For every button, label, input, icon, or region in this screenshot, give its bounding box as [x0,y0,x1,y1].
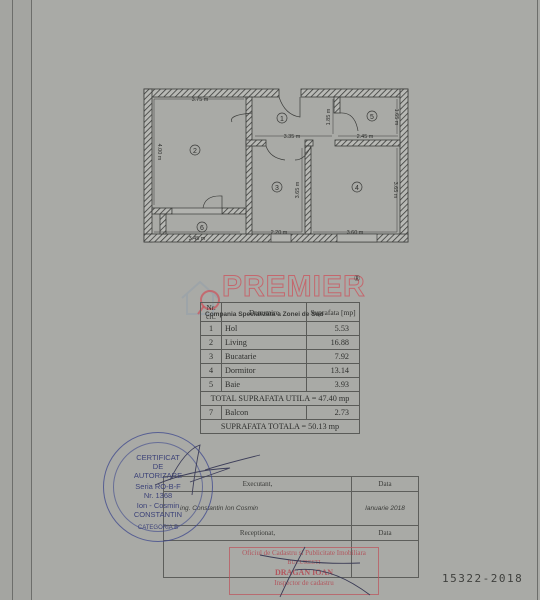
svg-text:3: 3 [275,185,279,192]
svg-text:3.65 m: 3.65 m [295,181,301,198]
table-row: 3 Bucatarie 7.92 [201,350,360,364]
svg-text:2.45 m: 2.45 m [357,134,374,140]
area-table: Nr. crt. Denumire Suprafata [mp] 1 Hol 5… [200,302,360,434]
svg-text:3.60 m: 3.60 m [347,230,364,236]
floor-plan: 1 2 3 4 5 6 3.75 m 4.00 m 3.35 m 1.85 m … [0,0,540,260]
svg-text:2: 2 [193,148,197,155]
registered-mark: ® [354,274,360,283]
brand-name: PREMIER [222,270,366,304]
table-row: 2 Living 16.88 [201,336,360,350]
received-date-label: Data [352,526,419,541]
svg-text:1.85 m: 1.85 m [326,108,332,125]
walls [144,89,408,242]
svg-text:3.35 m: 3.35 m [284,134,301,140]
watermark-tagline: Compania Specializata a Zonei de Sud [205,311,323,318]
svg-text:3.75 m: 3.75 m [192,97,209,103]
inspector-signature [250,545,390,600]
svg-text:6: 6 [200,225,204,232]
svg-text:3.45 m: 3.45 m [189,236,206,242]
table-row: 4 Dormitor 13.14 [201,364,360,378]
balcony-row: 7 Balcon 2.73 [201,406,360,420]
executor-signature [150,440,270,500]
svg-text:1.65 m: 1.65 m [393,109,399,126]
svg-text:2.20 m: 2.20 m [271,230,288,236]
total-row: SUPRAFATA TOTALA = 50.13 mp [201,420,360,434]
svg-text:4.00 m: 4.00 m [156,144,162,161]
table-row: 1 Hol 5.53 [201,322,360,336]
svg-text:4: 4 [355,185,359,192]
table-row: 5 Baie 3.93 [201,378,360,392]
executed-date: Ianuarie 2018 [352,492,419,526]
document-number: 15322-2018 [442,572,523,585]
svg-text:1: 1 [280,116,284,123]
svg-text:3.65 m: 3.65 m [392,182,398,199]
total-useful-row: TOTAL SUPRAFATA UTILA = 47.40 mp [201,392,360,406]
dimension-labels: 3.75 m 4.00 m 3.35 m 1.85 m 2.45 m 1.65 … [156,97,399,242]
date-label: Data [352,477,419,492]
svg-text:5: 5 [370,114,374,121]
